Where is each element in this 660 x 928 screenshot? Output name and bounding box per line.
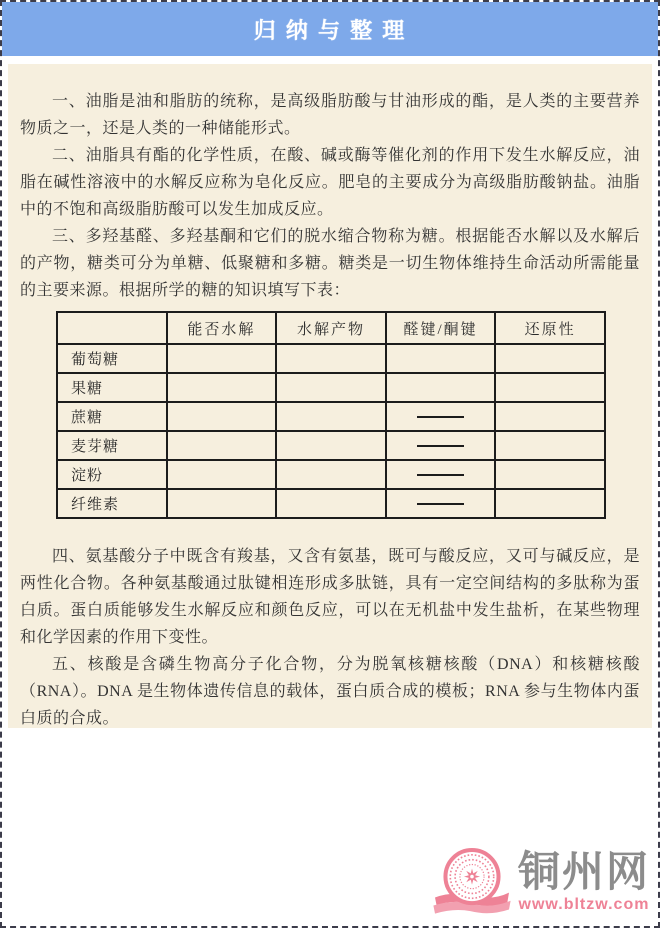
table-cell-blank (167, 489, 277, 518)
table-cell-blank (495, 402, 605, 431)
watermark: 铜州网 www.bltzw.com (430, 846, 650, 920)
table-cell-blank (276, 402, 386, 431)
table-cell-dash (386, 489, 496, 518)
table-row: 纤维素 (57, 489, 605, 518)
scanned-worksheet-page: 归 纳 与 整 理 一、油脂是油和脂肪的统称，是高级脂肪酸与甘油形成的酯，是人类… (0, 0, 660, 928)
table-cell-blank (276, 373, 386, 402)
paragraph-nucleic-acids: 五、核酸是含磷生物高分子化合物，分为脱氧核糖核酸（DNA）和核糖核酸（RNA）。… (20, 651, 640, 732)
title-bar: 归 纳 与 整 理 (2, 2, 658, 56)
table-cell-blank (276, 431, 386, 460)
sugar-properties-table: 能否水解水解产物醛键/酮键还原性 葡萄糖果糖蔗糖麦芽糖淀粉纤维素 (56, 311, 606, 519)
watermark-site-name: 铜州网 (518, 852, 650, 894)
table-cell-blank (167, 431, 277, 460)
watermark-seal-icon (430, 846, 514, 920)
dash-line (417, 474, 464, 476)
table-cell-dash (386, 460, 496, 489)
row-label: 纤维素 (57, 489, 167, 518)
row-label: 葡萄糖 (57, 344, 167, 373)
sugar-table-body: 葡萄糖果糖蔗糖麦芽糖淀粉纤维素 (57, 344, 605, 518)
table-cell-blank (386, 344, 496, 373)
table-corner-cell (57, 312, 167, 344)
table-cell-blank (276, 344, 386, 373)
table-row: 果糖 (57, 373, 605, 402)
table-cell-dash (386, 431, 496, 460)
table-row: 蔗糖 (57, 402, 605, 431)
table-header-cell: 醛键/酮键 (386, 312, 496, 344)
watermark-text: 铜州网 www.bltzw.com (518, 852, 650, 914)
dash-line (417, 445, 464, 447)
table-cell-blank (167, 344, 277, 373)
table-cell-blank (495, 431, 605, 460)
paragraph-oils-1: 一、油脂是油和脂肪的统称，是高级脂肪酸与甘油形成的酯，是人类的主要营养物质之一，… (20, 88, 640, 142)
table-cell-blank (495, 489, 605, 518)
table-cell-blank (386, 373, 496, 402)
row-label: 淀粉 (57, 460, 167, 489)
table-header-cell: 还原性 (495, 312, 605, 344)
table-cell-blank (495, 344, 605, 373)
table-cell-blank (495, 460, 605, 489)
table-cell-blank (276, 460, 386, 489)
paragraph-amino-acids: 四、氨基酸分子中既含有羧基，又含有氨基，既可与酸反应，又可与碱反应，是两性化合物… (20, 543, 640, 651)
table-header-cell: 能否水解 (167, 312, 277, 344)
table-cell-blank (167, 373, 277, 402)
paragraph-sugars: 三、多羟基醛、多羟基酮和它们的脱水缩合物称为糖。根据能否水解以及水解后的产物，糖… (20, 223, 640, 304)
row-label: 蔗糖 (57, 402, 167, 431)
table-cell-blank (167, 460, 277, 489)
table-cell-blank (495, 373, 605, 402)
row-label: 麦芽糖 (57, 431, 167, 460)
table-row: 淀粉 (57, 460, 605, 489)
dash-line (417, 503, 464, 505)
dash-line (417, 416, 464, 418)
table-cell-dash (386, 402, 496, 431)
row-label: 果糖 (57, 373, 167, 402)
table-cell-blank (167, 402, 277, 431)
page-title: 归 纳 与 整 理 (254, 14, 406, 45)
table-row: 麦芽糖 (57, 431, 605, 460)
watermark-site-url: www.bltzw.com (519, 896, 650, 914)
table-header-row: 能否水解水解产物醛键/酮键还原性 (57, 312, 605, 344)
table-header-cell: 水解产物 (276, 312, 386, 344)
table-row: 葡萄糖 (57, 344, 605, 373)
paragraph-oils-2: 二、油脂具有酯的化学性质，在酸、碱或酶等催化剂的作用下发生水解反应，油脂在碱性溶… (20, 142, 640, 223)
content-box: 一、油脂是油和脂肪的统称，是高级脂肪酸与甘油形成的酯，是人类的主要营养物质之一，… (8, 64, 652, 728)
table-cell-blank (276, 489, 386, 518)
